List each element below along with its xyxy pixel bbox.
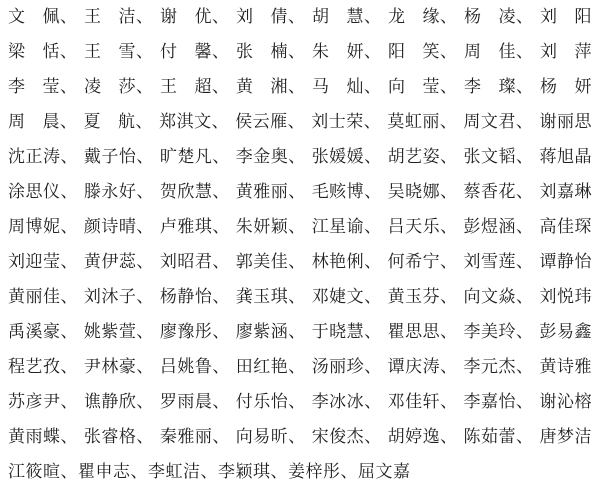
person-name: 谭庆涛 <box>388 357 441 377</box>
enumeration-comma: 、 <box>440 140 458 175</box>
list-item: 涂思仪、 <box>8 175 78 210</box>
enumeration-comma: 、 <box>364 105 382 140</box>
enumeration-comma: 、 <box>61 210 79 245</box>
enumeration-comma: 、 <box>440 0 458 35</box>
enumeration-comma: 、 <box>212 420 230 455</box>
document-page: 文 佩、王 洁、谢 优、刘 倩、胡 慧、龙 缘、杨 凌、刘 阳梁 恬、王 雪、付… <box>0 0 600 491</box>
enumeration-comma: 、 <box>212 105 230 140</box>
list-item: 杨 凌、 <box>464 0 533 35</box>
enumeration-comma: 、 <box>288 385 306 420</box>
name-list-line: 程艺孜、尹林豪、吕姚鲁、田红艳、汤丽珍、谭庆涛、李元杰、黄诗雅 <box>8 350 592 385</box>
enumeration-comma: 、 <box>516 385 534 420</box>
list-item: 刘 阳 <box>540 0 592 35</box>
list-item: 李颖琪、 <box>218 455 288 490</box>
person-name: 吕天乐 <box>388 217 441 237</box>
enumeration-comma: 、 <box>440 245 458 280</box>
list-item: 朱妍颖、 <box>236 210 306 245</box>
person-name: 田红艳 <box>236 357 289 377</box>
list-item: 廖紫涵、 <box>236 315 306 350</box>
person-name: 黄诗雅 <box>539 357 592 377</box>
list-item: 刘士荣、 <box>311 105 381 140</box>
list-item: 阳 笑、 <box>388 35 457 70</box>
enumeration-comma: 、 <box>440 420 458 455</box>
list-item: 刘沐子、 <box>84 280 154 315</box>
person-name: 王 雪 <box>84 42 136 62</box>
person-name: 周 佳 <box>464 42 516 62</box>
list-item: 贺欣慧、 <box>160 175 230 210</box>
person-name: 向文焱 <box>464 287 517 307</box>
list-item: 张媛媛、 <box>312 140 382 175</box>
person-name: 李颖琪 <box>218 462 271 482</box>
enumeration-comma: 、 <box>60 70 78 105</box>
person-name: 刘昭君 <box>160 252 213 272</box>
enumeration-comma: 、 <box>364 315 382 350</box>
list-item: 刘 萍 <box>540 35 592 70</box>
person-name: 刘 倩 <box>236 7 288 27</box>
person-name: 禹溪豪 <box>8 322 61 342</box>
person-name: 于晓慧 <box>312 322 365 342</box>
list-item: 梁 恬、 <box>8 35 77 70</box>
person-name: 戴子怡 <box>84 147 137 167</box>
person-name: 林艳俐 <box>312 252 365 272</box>
person-name: 吕姚鲁 <box>160 357 213 377</box>
person-name: 刘 萍 <box>540 42 592 62</box>
list-item: 陈茹蕾、 <box>464 420 534 455</box>
person-name: 黄丽佳 <box>8 287 61 307</box>
person-name: 刘悦玮 <box>539 287 592 307</box>
enumeration-comma: 、 <box>212 70 230 105</box>
person-name: 黄伊蕊 <box>84 252 137 272</box>
list-item: 周文君、 <box>463 105 533 140</box>
enumeration-comma: 、 <box>516 105 534 140</box>
list-item: 谢沁榕 <box>539 385 592 420</box>
list-item: 汤丽珍、 <box>312 350 382 385</box>
list-item: 郑淇文、 <box>159 105 229 140</box>
person-name: 周 晨 <box>8 112 60 132</box>
enumeration-comma: 、 <box>288 105 306 140</box>
person-name: 罗雨晨 <box>160 392 213 412</box>
enumeration-comma: 、 <box>440 350 458 385</box>
list-item: 张 楠、 <box>236 35 305 70</box>
list-item: 马 灿、 <box>312 70 381 105</box>
list-item: 谢 优、 <box>160 0 229 35</box>
person-name: 刘迎莹 <box>8 252 61 272</box>
list-item: 周 佳、 <box>464 35 533 70</box>
person-name: 卢雅琪 <box>160 217 213 237</box>
list-item: 谯静欣、 <box>84 385 154 420</box>
person-name: 张文韬 <box>464 147 517 167</box>
list-item: 夏 航、 <box>84 105 153 140</box>
person-name: 廖豫彤 <box>160 322 213 342</box>
person-name: 高佳琛 <box>539 217 592 237</box>
list-item: 蔡香花、 <box>464 175 534 210</box>
person-name: 谢沁榕 <box>539 392 592 412</box>
enumeration-comma: 、 <box>440 105 458 140</box>
enumeration-comma: 、 <box>516 420 534 455</box>
person-name: 尹林豪 <box>84 357 137 377</box>
person-name: 郭美佳 <box>236 252 289 272</box>
person-name: 江筱暄 <box>8 462 61 482</box>
enumeration-comma: 、 <box>364 420 382 455</box>
person-name: 程艺孜 <box>8 357 61 377</box>
enumeration-comma: 、 <box>364 70 382 105</box>
person-name: 付乐怡 <box>236 392 289 412</box>
enumeration-comma: 、 <box>212 210 230 245</box>
list-item: 吴晓娜、 <box>388 175 458 210</box>
enumeration-comma: 、 <box>364 140 382 175</box>
list-item: 黄伊蕊、 <box>84 245 154 280</box>
person-name: 唐梦洁 <box>539 427 592 447</box>
person-name: 杨 妍 <box>540 77 592 97</box>
enumeration-comma: 、 <box>288 350 306 385</box>
name-list-line: 文 佩、王 洁、谢 优、刘 倩、胡 慧、龙 缘、杨 凌、刘 阳 <box>8 0 592 35</box>
person-name: 王 洁 <box>84 7 136 27</box>
enumeration-comma: 、 <box>61 315 79 350</box>
list-item: 刘悦玮 <box>539 280 592 315</box>
name-list-line: 涂思仪、滕永好、贺欣慧、黄雅丽、毛赅博、吴晓娜、蔡香花、刘嘉琳 <box>8 175 592 210</box>
enumeration-comma: 、 <box>288 140 306 175</box>
enumeration-comma: 、 <box>288 175 306 210</box>
list-item: 胡艺姿、 <box>388 140 458 175</box>
person-name: 夏 航 <box>84 112 136 132</box>
enumeration-comma: 、 <box>136 140 154 175</box>
list-item: 李虹洁、 <box>148 455 218 490</box>
enumeration-comma: 、 <box>212 315 230 350</box>
enumeration-comma: 、 <box>288 0 306 35</box>
enumeration-comma: 、 <box>136 70 154 105</box>
enumeration-comma: 、 <box>288 245 306 280</box>
person-name: 瞿思思 <box>388 322 441 342</box>
person-name: 向 莹 <box>388 77 440 97</box>
person-name: 蒋旭晶 <box>539 147 592 167</box>
enumeration-comma: 、 <box>364 175 382 210</box>
enumeration-comma: 、 <box>136 245 154 280</box>
person-name: 廖紫涵 <box>236 322 289 342</box>
enumeration-comma: 、 <box>61 140 79 175</box>
list-item: 朱 妍、 <box>312 35 381 70</box>
enumeration-comma: 、 <box>136 0 154 35</box>
enumeration-comma: 、 <box>60 35 78 70</box>
person-name: 黄雅丽 <box>236 182 289 202</box>
enumeration-comma: 、 <box>440 70 458 105</box>
enumeration-comma: 、 <box>364 35 382 70</box>
person-name: 谢丽思 <box>539 112 592 132</box>
person-name: 旷楚凡 <box>160 147 213 167</box>
list-item: 秦雅丽、 <box>160 420 230 455</box>
name-list-line: 黄雨蝶、张睿格、秦雅丽、向易昕、宋俊杰、胡婷逸、陈茹蕾、唐梦洁 <box>8 420 592 455</box>
list-item: 廖豫彤、 <box>160 315 230 350</box>
enumeration-comma: 、 <box>516 175 534 210</box>
list-item: 向易昕、 <box>236 420 306 455</box>
list-item: 瞿思思、 <box>388 315 458 350</box>
person-name: 胡艺姿 <box>388 147 441 167</box>
list-item: 龚玉琪、 <box>236 280 306 315</box>
list-item: 李 莹、 <box>8 70 77 105</box>
list-item: 黄 湘、 <box>236 70 305 105</box>
person-name: 屈文嘉 <box>358 462 411 482</box>
person-name: 谭静怡 <box>539 252 592 272</box>
enumeration-comma: 、 <box>288 420 306 455</box>
list-item: 刘昭君、 <box>160 245 230 280</box>
person-name: 阳 笑 <box>388 42 440 62</box>
person-name: 张媛媛 <box>312 147 365 167</box>
person-name: 蔡香花 <box>464 182 517 202</box>
person-name: 谢 优 <box>160 7 212 27</box>
person-name: 刘雪莲 <box>464 252 517 272</box>
list-item: 苏彦尹、 <box>8 385 78 420</box>
list-item: 尹林豪、 <box>84 350 154 385</box>
person-name: 龙 缘 <box>388 7 440 27</box>
enumeration-comma: 、 <box>136 35 154 70</box>
name-list: 文 佩、王 洁、谢 优、刘 倩、胡 慧、龙 缘、杨 凌、刘 阳梁 恬、王 雪、付… <box>8 0 592 490</box>
person-name: 李金奥 <box>236 147 289 167</box>
enumeration-comma: 、 <box>136 420 154 455</box>
name-list-line: 黄丽佳、刘沐子、杨静怡、龚玉琪、邓婕文、黄玉芬、向文焱、刘悦玮 <box>8 280 592 315</box>
list-item: 周 晨、 <box>8 105 77 140</box>
enumeration-comma: 、 <box>136 175 154 210</box>
enumeration-comma: 、 <box>212 280 230 315</box>
list-item: 蒋旭晶 <box>539 140 592 175</box>
list-item: 付乐怡、 <box>236 385 306 420</box>
list-item: 黄雅丽、 <box>236 175 306 210</box>
person-name: 向易昕 <box>236 427 289 447</box>
person-name: 秦雅丽 <box>160 427 213 447</box>
enumeration-comma: 、 <box>61 455 79 490</box>
list-item: 滕永好、 <box>84 175 154 210</box>
list-item: 李 璨、 <box>464 70 533 105</box>
person-name: 吴晓娜 <box>388 182 441 202</box>
person-name: 瞿申志 <box>78 462 131 482</box>
list-item: 彭煜涵、 <box>464 210 534 245</box>
list-item: 刘嘉琳 <box>539 175 592 210</box>
list-item: 李美玲、 <box>464 315 534 350</box>
list-item: 王 超、 <box>160 70 229 105</box>
person-name: 张睿格 <box>84 427 137 447</box>
enumeration-comma: 、 <box>516 35 534 70</box>
enumeration-comma: 、 <box>364 0 382 35</box>
enumeration-comma: 、 <box>364 350 382 385</box>
enumeration-comma: 、 <box>136 315 154 350</box>
person-name: 姜梓彤 <box>288 462 341 482</box>
person-name: 侯云雁 <box>235 112 288 132</box>
person-name: 李冰冰 <box>312 392 365 412</box>
list-item: 唐梦洁 <box>539 420 592 455</box>
list-item: 谭庆涛、 <box>388 350 458 385</box>
list-item: 林艳俐、 <box>312 245 382 280</box>
list-item: 李冰冰、 <box>312 385 382 420</box>
enumeration-comma: 、 <box>212 350 230 385</box>
person-name: 莫虹丽 <box>387 112 440 132</box>
enumeration-comma: 、 <box>364 385 382 420</box>
person-name: 涂思仪 <box>8 182 61 202</box>
enumeration-comma: 、 <box>516 280 534 315</box>
enumeration-comma: 、 <box>440 175 458 210</box>
person-name: 黄雨蝶 <box>8 427 61 447</box>
enumeration-comma: 、 <box>516 350 534 385</box>
enumeration-comma: 、 <box>60 0 78 35</box>
enumeration-comma: 、 <box>136 105 154 140</box>
list-item: 凌 莎、 <box>84 70 153 105</box>
list-item: 于晓慧、 <box>312 315 382 350</box>
enumeration-comma: 、 <box>516 315 534 350</box>
person-name: 李 璨 <box>464 77 516 97</box>
list-item: 李元杰、 <box>464 350 534 385</box>
list-item: 毛赅博、 <box>312 175 382 210</box>
list-item: 向 莹、 <box>388 70 457 105</box>
person-name: 毛赅博 <box>312 182 365 202</box>
person-name: 彭易鑫 <box>539 322 592 342</box>
enumeration-comma: 、 <box>440 280 458 315</box>
person-name: 滕永好 <box>84 182 137 202</box>
enumeration-comma: 、 <box>516 0 534 35</box>
person-name: 沈正涛 <box>8 147 61 167</box>
person-name: 刘士荣 <box>311 112 364 132</box>
enumeration-comma: 、 <box>288 210 306 245</box>
list-item: 高佳琛 <box>539 210 592 245</box>
person-name: 刘沐子 <box>84 287 137 307</box>
list-item: 彭易鑫 <box>539 315 592 350</box>
person-name: 苏彦尹 <box>8 392 61 412</box>
enumeration-comma: 、 <box>136 210 154 245</box>
list-item: 江筱暄、 <box>8 455 78 490</box>
list-item: 颜诗晴、 <box>84 210 154 245</box>
person-name: 郑淇文 <box>159 112 212 132</box>
list-item: 何希宁、 <box>388 245 458 280</box>
name-list-line: 刘迎莹、黄伊蕊、刘昭君、郭美佳、林艳俐、何希宁、刘雪莲、谭静怡 <box>8 245 592 280</box>
enumeration-comma: 、 <box>60 105 78 140</box>
person-name: 王 超 <box>160 77 212 97</box>
list-item: 向文焱、 <box>464 280 534 315</box>
list-item: 沈正涛、 <box>8 140 78 175</box>
list-item: 龙 缘、 <box>388 0 457 35</box>
person-name: 李 莹 <box>8 77 60 97</box>
person-name: 何希宁 <box>388 252 441 272</box>
list-item: 程艺孜、 <box>8 350 78 385</box>
enumeration-comma: 、 <box>440 385 458 420</box>
name-list-line: 周博妮、颜诗晴、卢雅琪、朱妍颖、江星谕、吕天乐、彭煜涵、高佳琛 <box>8 210 592 245</box>
name-list-line: 苏彦尹、谯静欣、罗雨晨、付乐怡、李冰冰、邓佳轩、李嘉怡、谢沁榕 <box>8 385 592 420</box>
list-item: 杨静怡、 <box>160 280 230 315</box>
list-item: 张睿格、 <box>84 420 154 455</box>
enumeration-comma: 、 <box>61 280 79 315</box>
list-item: 张文韬、 <box>464 140 534 175</box>
person-name: 彭煜涵 <box>464 217 517 237</box>
enumeration-comma: 、 <box>201 455 219 490</box>
list-item: 江星谕、 <box>312 210 382 245</box>
list-item: 田红艳、 <box>236 350 306 385</box>
enumeration-comma: 、 <box>288 315 306 350</box>
list-item: 戴子怡、 <box>84 140 154 175</box>
list-item: 刘雪莲、 <box>464 245 534 280</box>
list-item: 姚紫萱、 <box>84 315 154 350</box>
name-list-line: 李 莹、凌 莎、王 超、黄 湘、马 灿、向 莹、李 璨、杨 妍 <box>8 70 592 105</box>
enumeration-comma: 、 <box>288 280 306 315</box>
person-name: 李虹洁 <box>148 462 201 482</box>
person-name: 刘嘉琳 <box>539 182 592 202</box>
person-name: 刘 阳 <box>540 7 592 27</box>
person-name: 朱 妍 <box>312 42 364 62</box>
list-item: 胡婷逸、 <box>388 420 458 455</box>
person-name: 杨 凌 <box>464 7 516 27</box>
person-name: 颜诗晴 <box>84 217 137 237</box>
enumeration-comma: 、 <box>271 455 289 490</box>
name-list-line: 江筱暄、瞿申志、李虹洁、李颖琪、姜梓彤、屈文嘉 <box>8 455 592 490</box>
person-name: 邓婕文 <box>312 287 365 307</box>
enumeration-comma: 、 <box>136 350 154 385</box>
list-item: 王 雪、 <box>84 35 153 70</box>
enumeration-comma: 、 <box>136 385 154 420</box>
enumeration-comma: 、 <box>61 420 79 455</box>
person-name: 陈茹蕾 <box>464 427 517 447</box>
list-item: 李嘉怡、 <box>464 385 534 420</box>
name-list-line: 梁 恬、王 雪、付 馨、张 楠、朱 妍、阳 笑、周 佳、刘 萍 <box>8 35 592 70</box>
person-name: 朱妍颖 <box>236 217 289 237</box>
enumeration-comma: 、 <box>212 385 230 420</box>
enumeration-comma: 、 <box>440 315 458 350</box>
list-item: 姜梓彤、 <box>288 455 358 490</box>
enumeration-comma: 、 <box>516 210 534 245</box>
person-name: 宋俊杰 <box>312 427 365 447</box>
person-name: 张 楠 <box>236 42 288 62</box>
list-item: 王 洁、 <box>84 0 153 35</box>
list-item: 文 佩、 <box>8 0 77 35</box>
name-list-line: 禹溪豪、姚紫萱、廖豫彤、廖紫涵、于晓慧、瞿思思、李美玲、彭易鑫 <box>8 315 592 350</box>
list-item: 周博妮、 <box>8 210 78 245</box>
enumeration-comma: 、 <box>61 350 79 385</box>
enumeration-comma: 、 <box>61 385 79 420</box>
person-name: 周博妮 <box>8 217 61 237</box>
person-name: 江星谕 <box>312 217 365 237</box>
enumeration-comma: 、 <box>288 70 306 105</box>
person-name: 李美玲 <box>464 322 517 342</box>
list-item: 瞿申志、 <box>78 455 148 490</box>
enumeration-comma: 、 <box>136 280 154 315</box>
person-name: 汤丽珍 <box>312 357 365 377</box>
person-name: 胡婷逸 <box>388 427 441 447</box>
enumeration-comma: 、 <box>212 245 230 280</box>
list-item: 邓婕文、 <box>312 280 382 315</box>
enumeration-comma: 、 <box>440 210 458 245</box>
enumeration-comma: 、 <box>61 245 79 280</box>
name-list-line: 沈正涛、戴子怡、旷楚凡、李金奥、张媛媛、胡艺姿、张文韬、蒋旭晶 <box>8 140 592 175</box>
list-item: 付 馨、 <box>160 35 229 70</box>
person-name: 文 佩 <box>8 7 60 27</box>
list-item: 屈文嘉 <box>358 455 411 490</box>
list-item: 罗雨晨、 <box>160 385 230 420</box>
person-name: 李元杰 <box>464 357 517 377</box>
enumeration-comma: 、 <box>364 210 382 245</box>
person-name: 胡 慧 <box>312 7 364 27</box>
list-item: 黄雨蝶、 <box>8 420 78 455</box>
list-item: 侯云雁、 <box>235 105 305 140</box>
list-item: 吕天乐、 <box>388 210 458 245</box>
list-item: 刘迎莹、 <box>8 245 78 280</box>
list-item: 莫虹丽、 <box>387 105 457 140</box>
enumeration-comma: 、 <box>516 70 534 105</box>
list-item: 黄丽佳、 <box>8 280 78 315</box>
list-item: 胡 慧、 <box>312 0 381 35</box>
list-item: 谭静怡 <box>539 245 592 280</box>
enumeration-comma: 、 <box>61 175 79 210</box>
enumeration-comma: 、 <box>341 455 359 490</box>
person-name: 谯静欣 <box>84 392 137 412</box>
person-name: 杨静怡 <box>160 287 213 307</box>
name-list-line: 周 晨、夏 航、郑淇文、侯云雁、刘士荣、莫虹丽、周文君、谢丽思 <box>8 105 592 140</box>
enumeration-comma: 、 <box>212 0 230 35</box>
person-name: 梁 恬 <box>8 42 60 62</box>
person-name: 邓佳轩 <box>388 392 441 412</box>
person-name: 贺欣慧 <box>160 182 213 202</box>
